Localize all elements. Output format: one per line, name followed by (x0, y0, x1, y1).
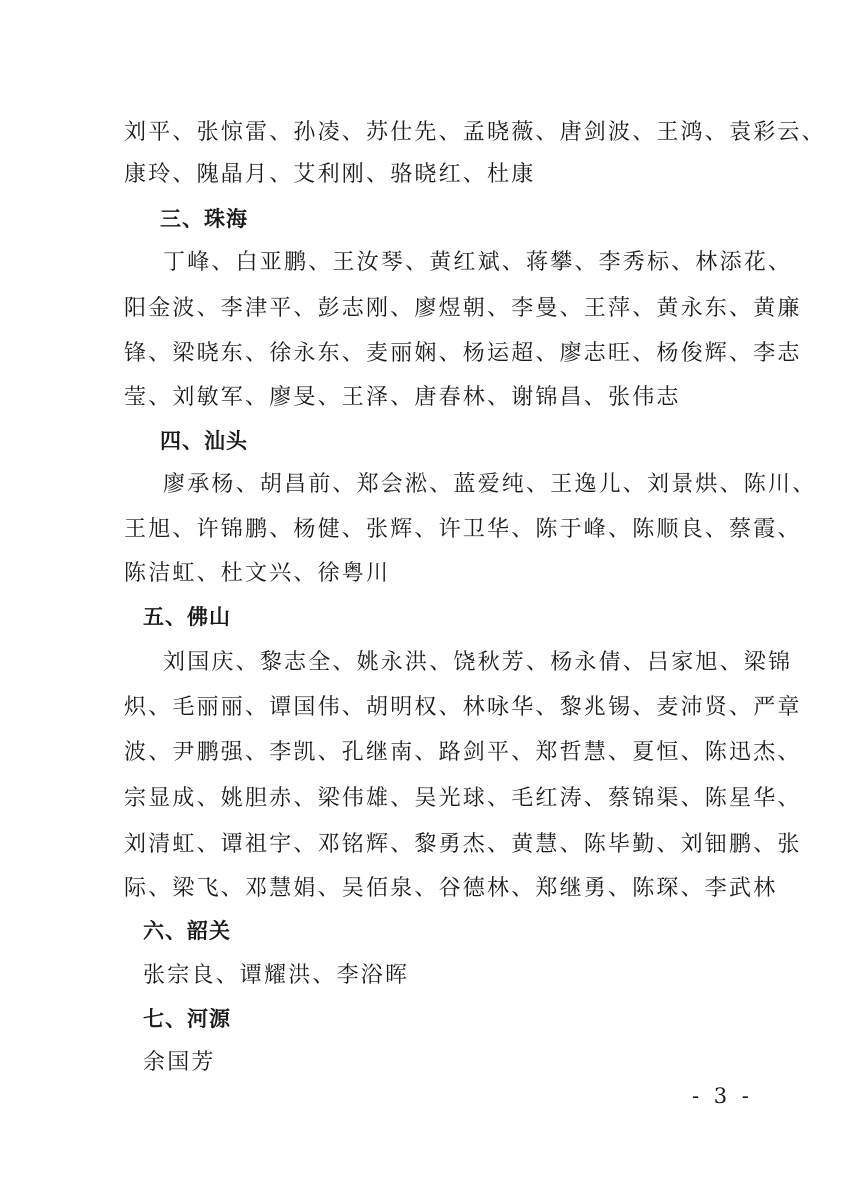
document-page: 刘平、张惊雷、孙凌、苏仕先、孟晓薇、唐剑波、王鸿、袁彩云、 康玲、隗晶月、艾利刚… (0, 0, 850, 1200)
name-list-line: 王旭、许锦鹏、杨健、张辉、许卫华、陈于峰、陈顺良、蔡霞、 (124, 515, 764, 545)
name-list-line: 锋、梁晓东、徐永东、麦丽娴、杨运超、廖志旺、杨俊辉、李志 (124, 339, 764, 369)
name-list-line: 刘国庆、黎志全、姚永洪、饶秋芳、杨永倩、吕家旭、梁锦 (163, 648, 803, 678)
name-list-line: 阳金波、李津平、彭志刚、廖煜朝、李曼、王萍、黄永东、黄廉 (124, 294, 764, 324)
name-list-line: 刘平、张惊雷、孙凌、苏仕先、孟晓薇、唐剑波、王鸿、袁彩云、 (124, 118, 764, 148)
section-heading-foshan: 五、佛山 (143, 602, 231, 632)
section-heading-shantou: 四、汕头 (160, 426, 248, 456)
name-list-line: 宗显成、姚胆赤、梁伟雄、吴光球、毛红涛、蔡锦渠、陈星华、 (124, 784, 764, 814)
section-heading-shaoguan: 六、韶关 (143, 916, 231, 946)
name-list-line: 际、梁飞、邓慧娟、吴佰泉、谷德林、郑继勇、陈琛、李武林 (124, 874, 764, 904)
page-number: - 3 - (692, 1082, 753, 1110)
name-list-line: 莹、刘敏军、廖旻、王泽、唐春林、谢锦昌、张伟志 (124, 383, 764, 413)
name-list-line: 陈洁虹、杜文兴、徐粤川 (124, 559, 764, 589)
name-list-line: 丁峰、白亚鹏、王汝琴、黄红斌、蒋攀、李秀标、林添花、 (163, 248, 803, 278)
name-list-line: 刘清虹、谭祖宇、邓铭辉、黎勇杰、黄慧、陈毕勤、刘钿鹏、张 (124, 830, 764, 860)
section-heading-heyuan: 七、河源 (143, 1004, 231, 1034)
name-list-line: 张宗良、谭耀洪、李浴晖 (143, 961, 783, 991)
name-list-line: 康玲、隗晶月、艾利刚、骆晓红、杜康 (124, 160, 764, 190)
section-heading-zhuhai: 三、珠海 (160, 204, 248, 234)
name-list-line: 余国芳 (143, 1048, 783, 1078)
name-list-line: 廖承杨、胡昌前、郑会淞、蓝爱纯、王逸儿、刘景烘、陈川、 (163, 470, 803, 500)
name-list-line: 炽、毛丽丽、谭国伟、胡明权、林咏华、黎兆锡、麦沛贤、严章 (124, 693, 764, 723)
name-list-line: 波、尹鹏强、李凯、孔继南、路剑平、郑哲慧、夏恒、陈迅杰、 (124, 738, 764, 768)
